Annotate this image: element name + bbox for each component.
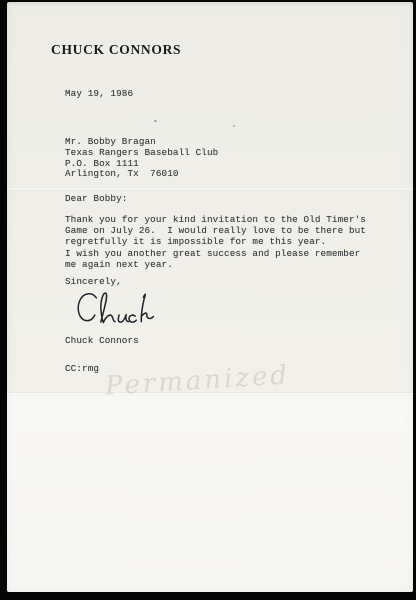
- fold-crease-upper: [7, 187, 413, 191]
- letter-paper: CHUCK CONNORS May 19, 1986 Mr. Bobby Bra…: [7, 2, 413, 592]
- body-paragraph-1: Thank you for your kind invitation to th…: [65, 215, 366, 247]
- typed-name: Chuck Connors: [65, 336, 139, 347]
- signature: [69, 289, 155, 331]
- scan-speck: [233, 125, 235, 127]
- recipient-city: Arlington, Tx 76010: [65, 168, 179, 179]
- paper-lower-shading: [7, 396, 413, 592]
- photo-background: CHUCK CONNORS May 19, 1986 Mr. Bobby Bra…: [0, 0, 416, 600]
- date-line: May 19, 1986: [65, 89, 133, 100]
- signature-ink-icon: [69, 289, 155, 331]
- closing: Sincerely,: [65, 277, 122, 288]
- letterhead: CHUCK CONNORS: [51, 42, 181, 58]
- body-paragraph-2: I wish you another great success and ple…: [65, 249, 360, 271]
- cc-line: CC:rmg: [65, 364, 99, 375]
- scan-speck: [154, 120, 157, 122]
- recipient-org: Texas Rangers Baseball Club: [65, 147, 218, 158]
- recipient-pobox: P.O. Box 1111: [65, 158, 139, 169]
- salutation: Dear Bobby:: [65, 194, 127, 205]
- recipient-address: Mr. Bobby Bragan Texas Rangers Baseball …: [65, 137, 218, 180]
- recipient-name: Mr. Bobby Bragan: [65, 136, 156, 147]
